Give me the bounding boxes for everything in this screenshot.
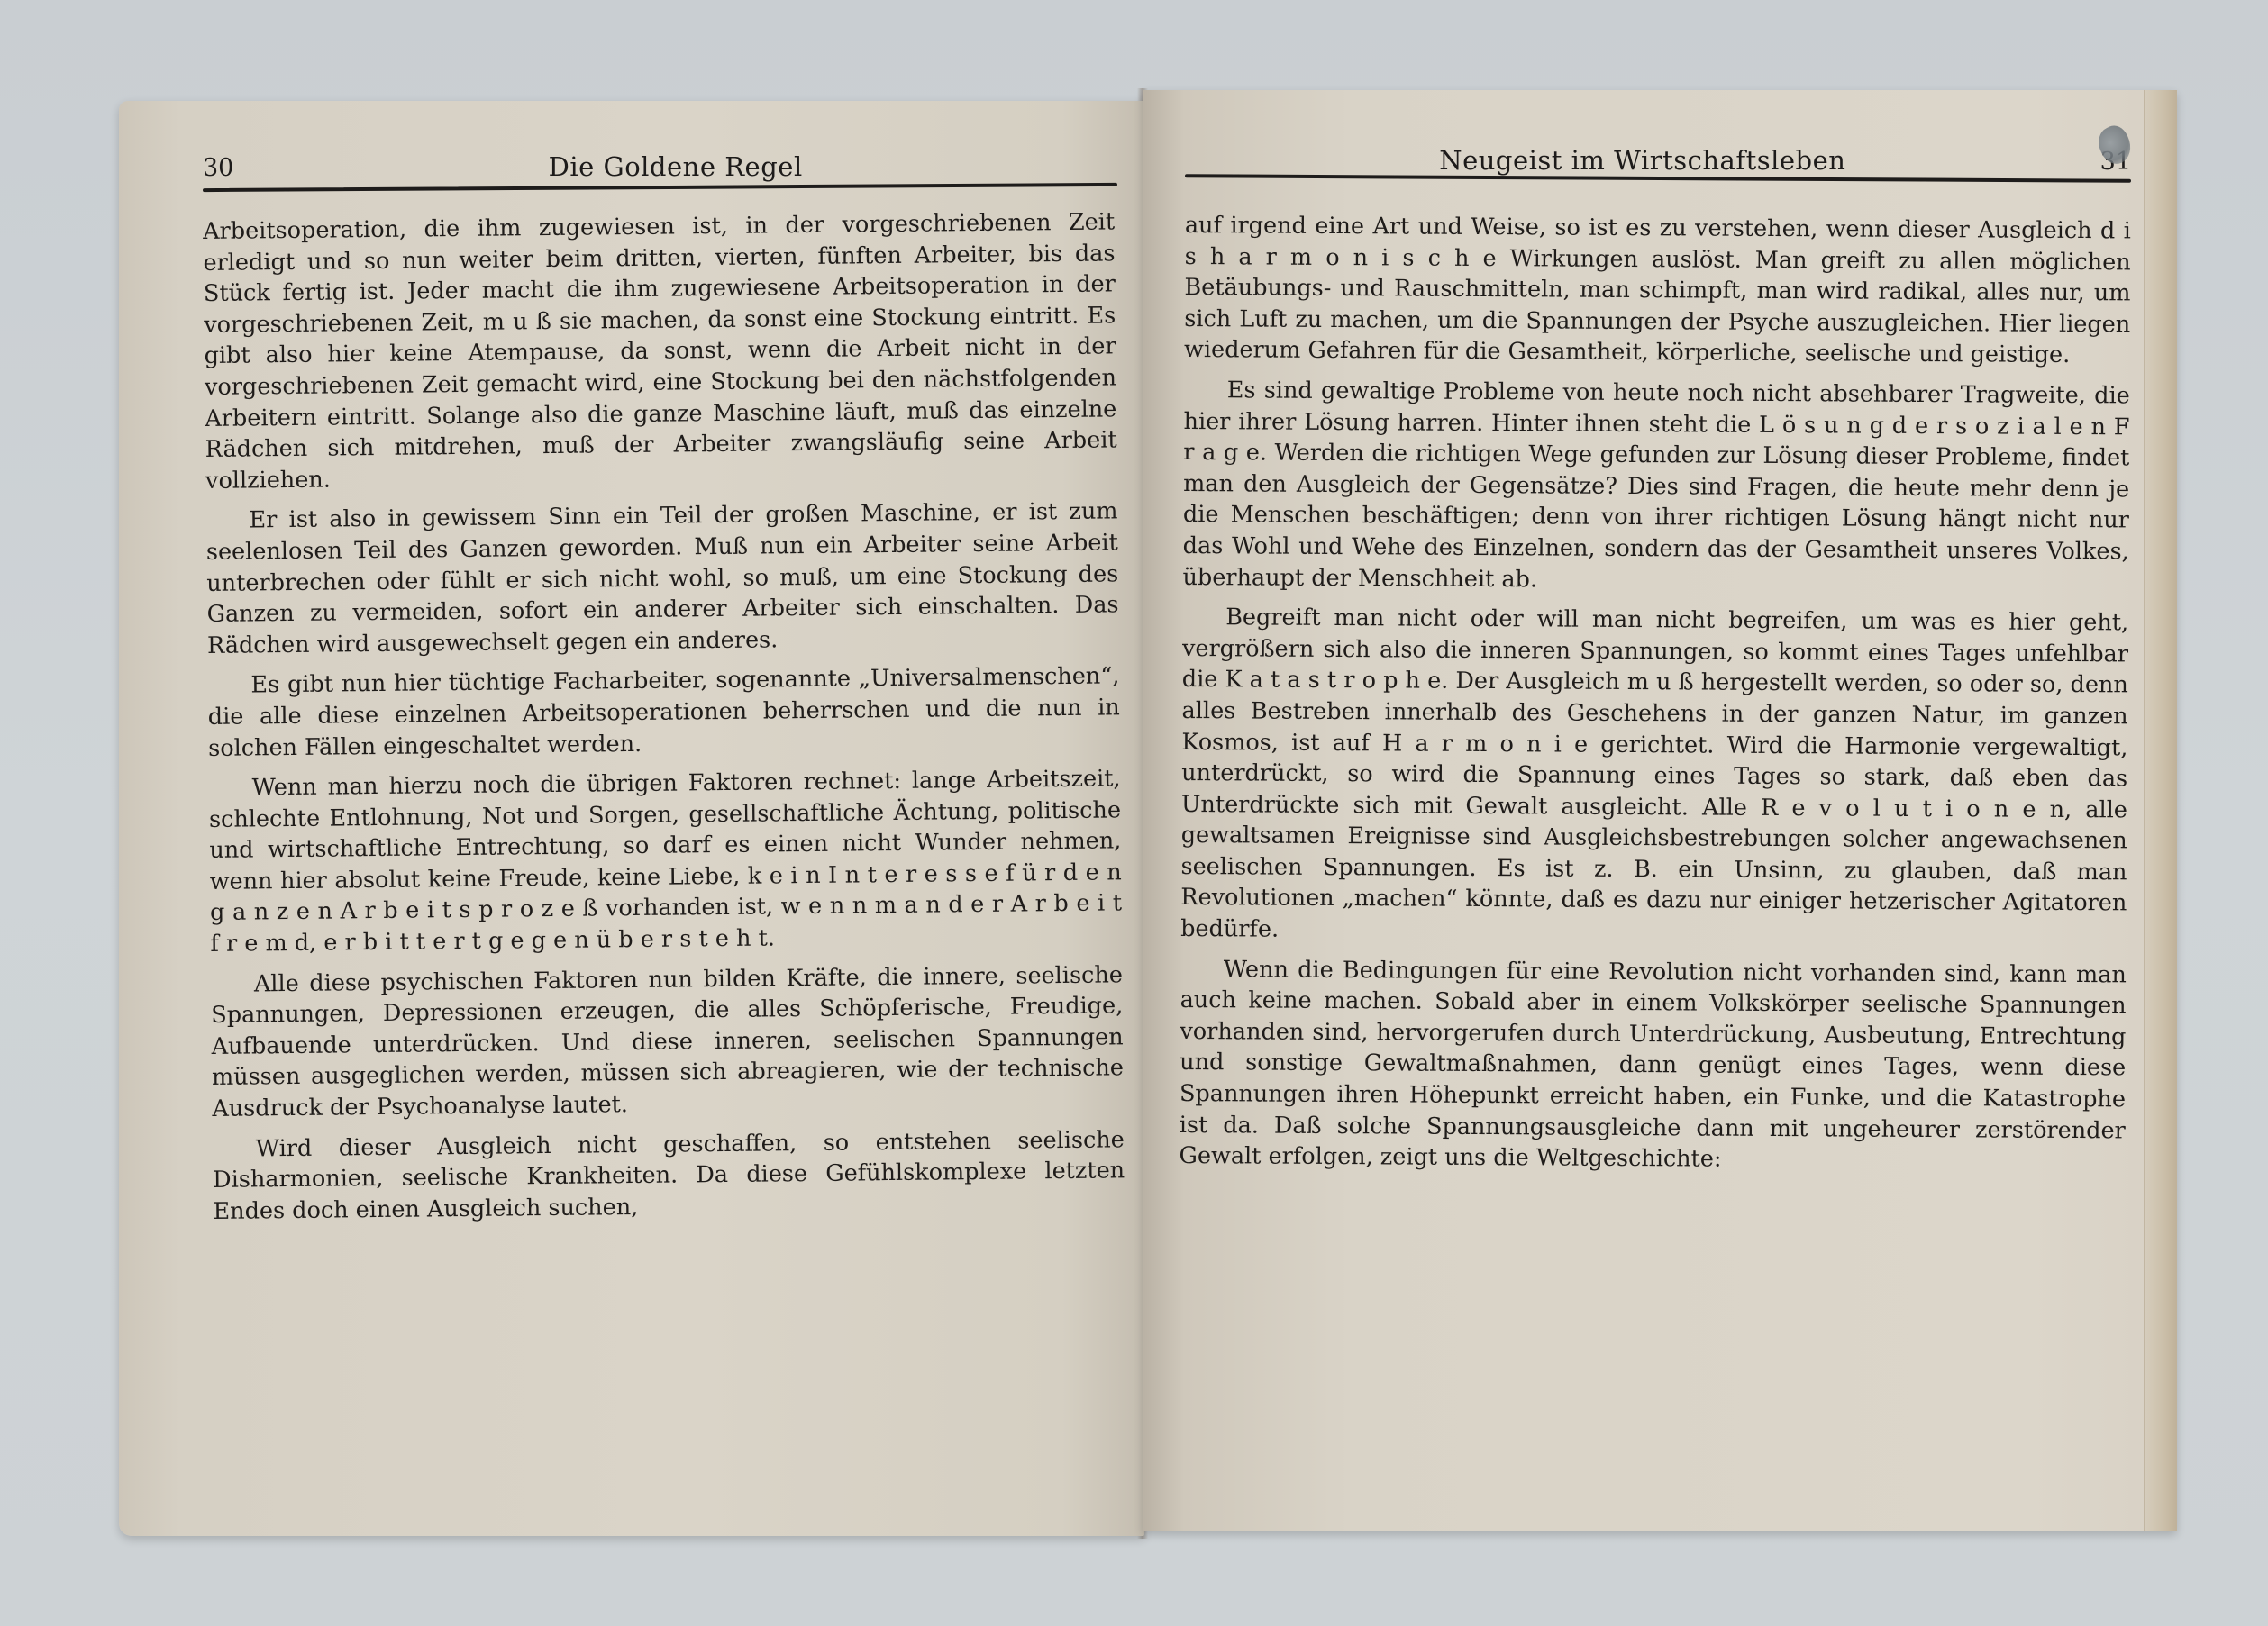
- right-body-text: auf irgend eine Art und Weise, so ist es…: [1179, 210, 2131, 1186]
- paragraph: auf irgend eine Art und Weise, so ist es…: [1184, 210, 2131, 371]
- paragraph: Wenn die Bedingungen für eine Revolution…: [1179, 954, 2126, 1178]
- header-rule: [203, 183, 1117, 192]
- paragraph: Begreift man nicht oder will man nicht b…: [1180, 602, 2128, 950]
- left-page: 30 Die Goldene Regel Arbeitsoperation, d…: [119, 101, 1144, 1536]
- running-head-title: Die Goldene Regel: [233, 151, 1117, 182]
- paragraph: Wenn man hierzu noch die übrigen Faktore…: [208, 763, 1122, 959]
- paragraph: Arbeitsoperation, die ihm zugewiesen ist…: [203, 206, 1117, 496]
- right-running-head: Neugeist im Wirtschaftsleben 31: [1185, 140, 2131, 176]
- paragraph: Alle diese psychischen Faktoren nun bild…: [211, 959, 1125, 1125]
- page-number: 30: [203, 154, 233, 182]
- paragraph: Es gibt nun hier tüchtige Facharbeiter, …: [207, 661, 1120, 764]
- right-page: Neugeist im Wirtschaftsleben 31 auf irge…: [1143, 90, 2177, 1531]
- paragraph: Er ist also in gewissem Sinn ein Teil de…: [205, 496, 1119, 662]
- running-head-title: Neugeist im Wirtschaftsleben: [1185, 145, 2100, 176]
- paragraph: Es sind gewaltige Probleme von heute noc…: [1182, 375, 2129, 599]
- open-book: 30 Die Goldene Regel Arbeitsoperation, d…: [0, 0, 2268, 1626]
- page-block-edge: [2144, 90, 2177, 1531]
- left-running-head: 30 Die Goldene Regel: [203, 146, 1117, 182]
- left-body-text: Arbeitsoperation, die ihm zugewiesen ist…: [203, 206, 1125, 1236]
- paragraph: Wird dieser Ausgleich nicht geschaffen, …: [213, 1124, 1125, 1227]
